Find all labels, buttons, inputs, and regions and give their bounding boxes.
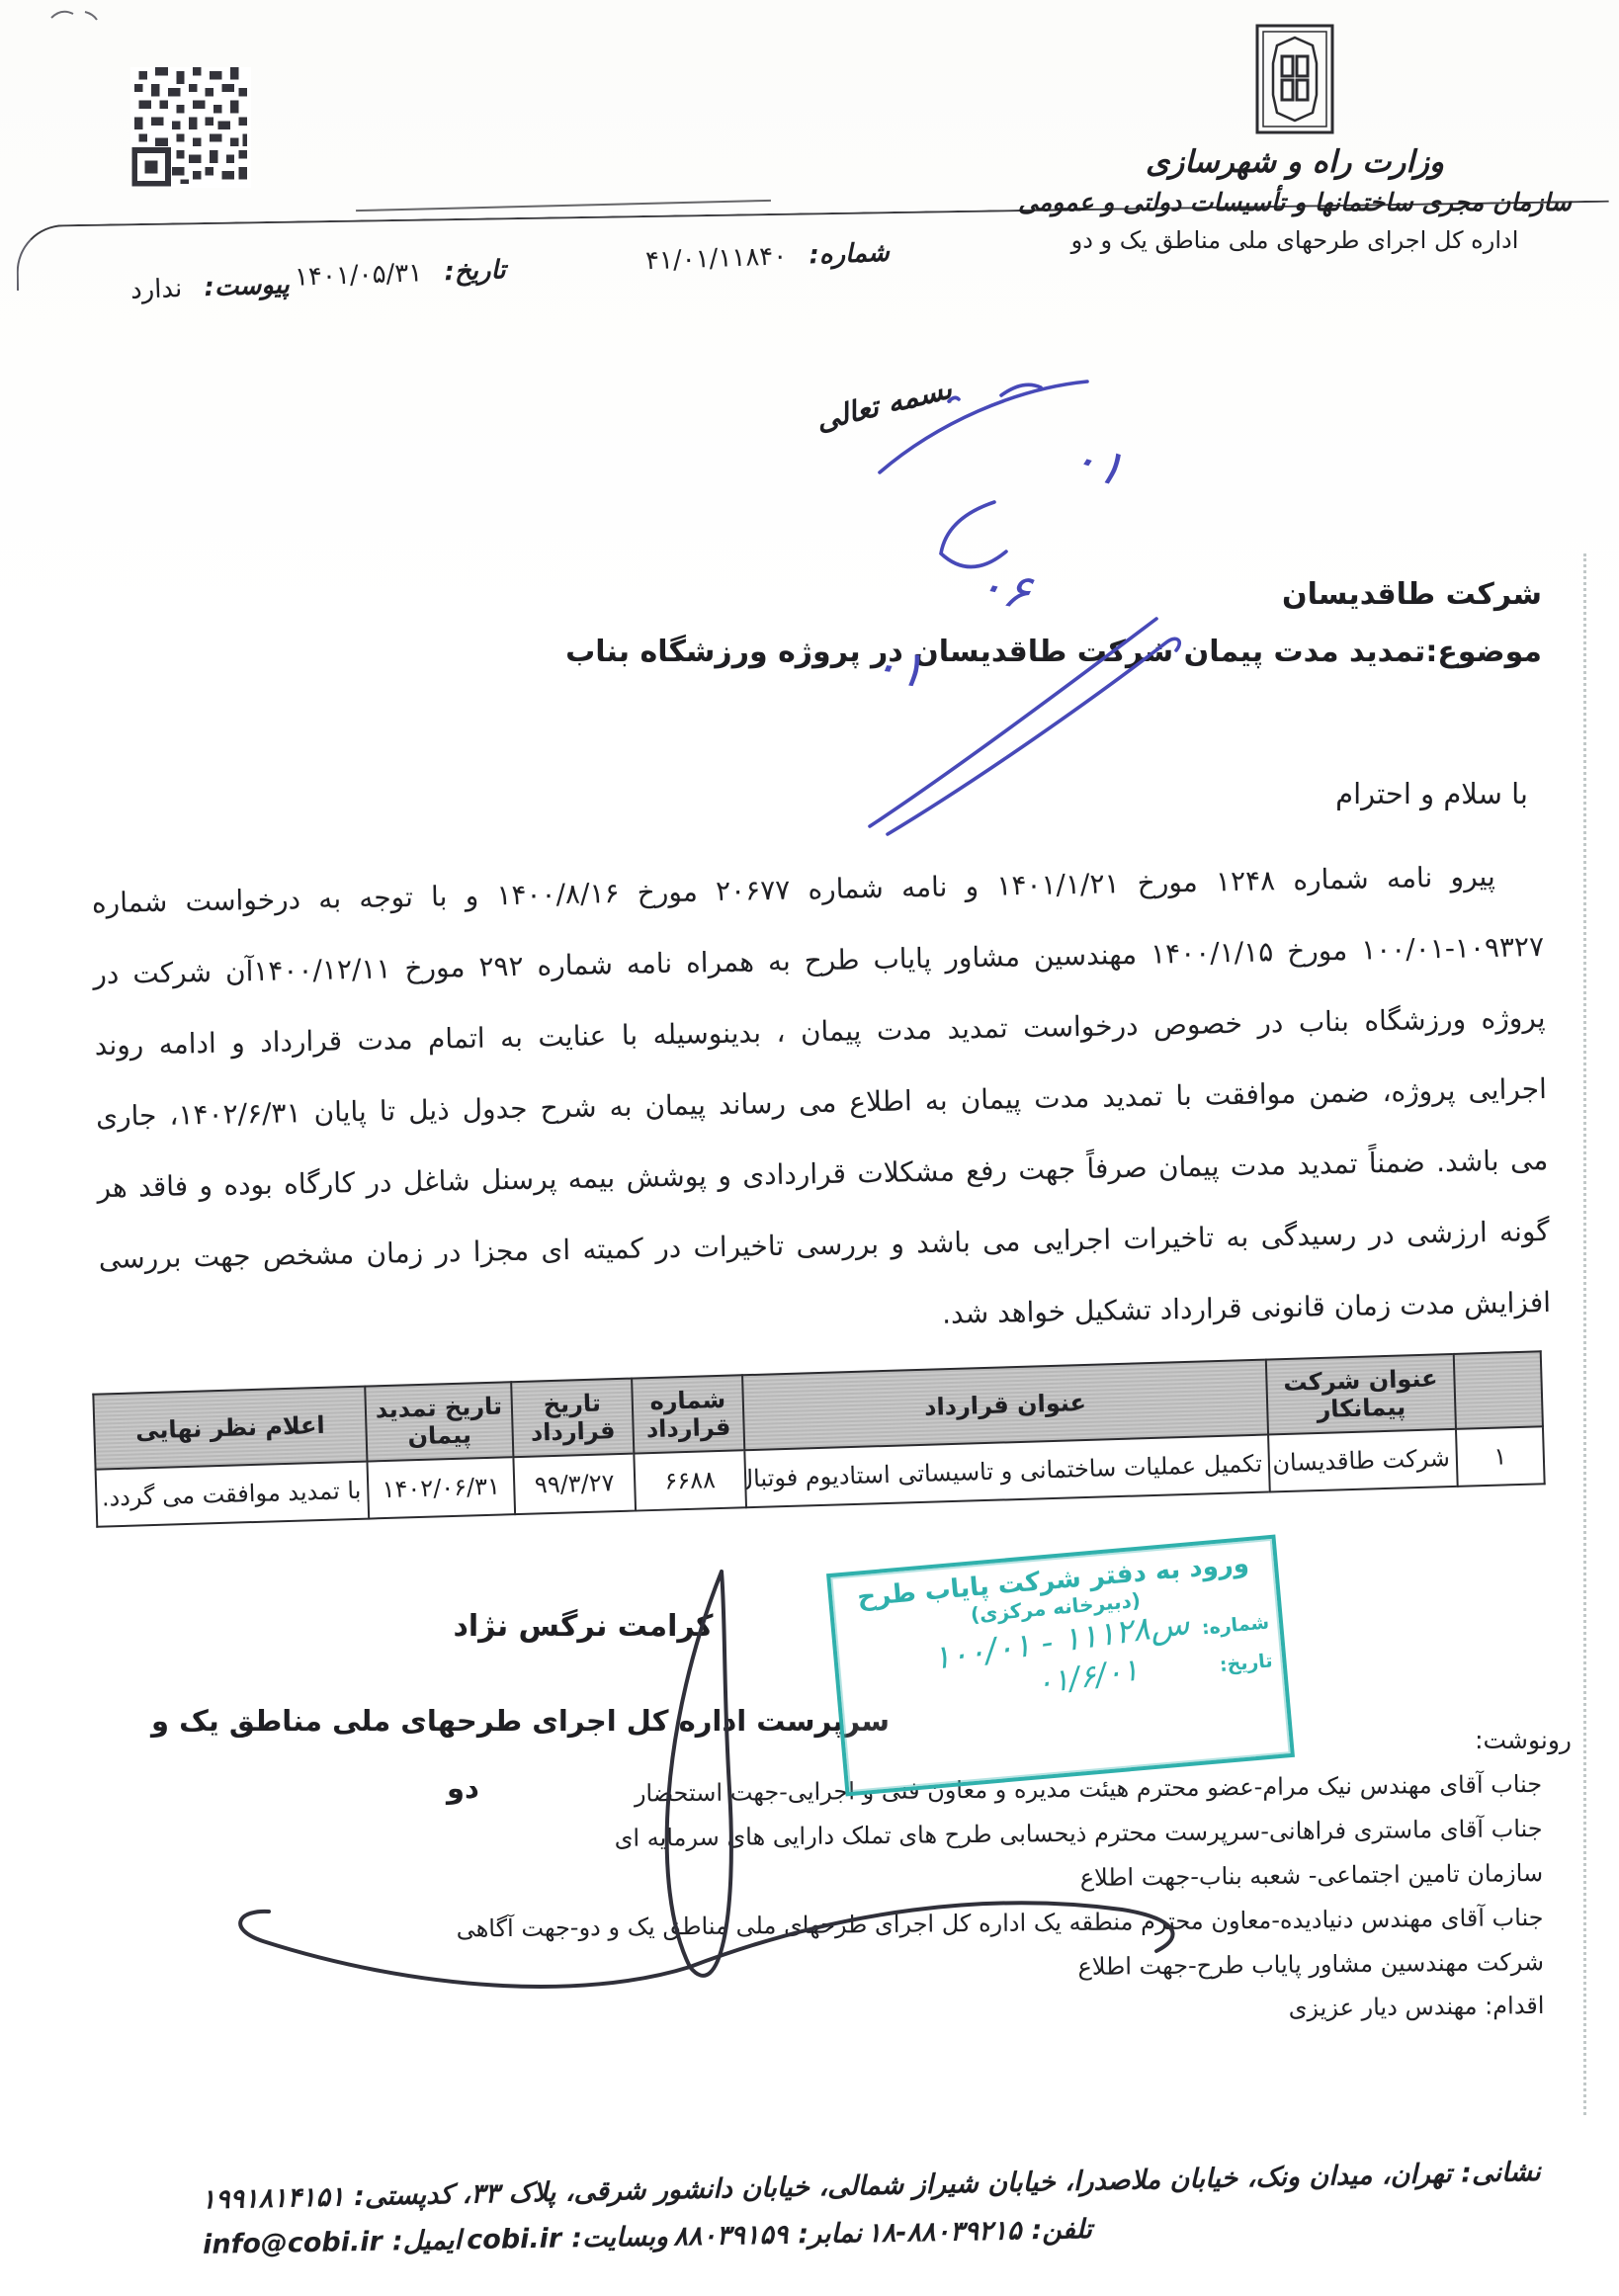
cell-final-opinion: با تمدید موافقت می گردد. xyxy=(96,1462,370,1527)
letter-attachment-value: ندارد xyxy=(130,274,183,305)
cell-contract-date: ۹۹/۳/۲۷ xyxy=(513,1454,636,1515)
website-value: cobi.ir xyxy=(467,2224,561,2256)
footer-address: نشانی: تهران، میدان ونک، خیابان ملاصدرا،… xyxy=(201,2157,1541,2215)
letterhead: وزارت راه و شهرسازی سازمان مجری ساختمانه… xyxy=(1008,24,1581,254)
scanned-letter-page: { "colors": { "ink": "#1f1f23", "handwri… xyxy=(0,0,1619,2296)
website-label: وبسایت: xyxy=(571,2222,668,2254)
cell-contractor-name: شرکت طاقدیسان xyxy=(1268,1429,1458,1492)
letter-attachment-label: پیوست: xyxy=(204,270,290,302)
organization-name: سازمان مجری ساختمانها و تأسیسات دولتی و … xyxy=(1008,188,1581,216)
email-label: ایمیل: xyxy=(392,2225,463,2256)
th-final-opinion: اعلام نظر نهایی xyxy=(93,1387,367,1470)
ministry-logo xyxy=(1255,24,1334,134)
th-contract-number: شماره قرارداد xyxy=(632,1375,744,1453)
cc-label: رونوشت: xyxy=(1475,1726,1572,1754)
letter-attachment-field: پیوست: ندارد xyxy=(130,270,291,305)
cell-contract-number: ۶۶۸۸ xyxy=(634,1450,746,1510)
qr-code xyxy=(130,65,251,190)
cell-row-number: ۱ xyxy=(1456,1426,1545,1487)
letter-number-value: ۴۱/۰۱/۱۱۸۴۰ xyxy=(645,241,788,276)
fax-label: نمابر: xyxy=(798,2218,862,2250)
note-number-2: ۰۶ xyxy=(973,554,1039,622)
th-contractor-name: عنوان شرکت پیمانکار xyxy=(1266,1354,1456,1435)
page-edge-dotted-line xyxy=(1583,553,1586,2115)
footer-fax: نمابر:۸۸۰۳۹۱۵۹ xyxy=(673,2218,862,2252)
letterhead-border-ghost xyxy=(356,200,771,212)
th-row-number xyxy=(1454,1351,1543,1429)
phone-label: تلفن: xyxy=(1031,2214,1092,2246)
fax-value: ۸۸۰۳۹۱۵۹ xyxy=(673,2220,789,2253)
contract-table: عنوان شرکت پیمانکار عنوان قرارداد شماره … xyxy=(92,1350,1545,1527)
handwritten-registration-note: ۰۱ ۰۶ ۰۱ xyxy=(818,354,1214,868)
recipient: شرکت طاقدیسان xyxy=(1282,577,1542,612)
footer-email: ایمیل:info@cobi.ir xyxy=(203,2225,462,2260)
stamp-number-label: شماره: xyxy=(1201,1611,1270,1639)
th-contract-date: تاریخ قرارداد xyxy=(511,1379,634,1458)
cell-extension-date: ۱۴۰۲/۰۶/۳۱ xyxy=(367,1457,515,1518)
letter-date-label: تاریخ: xyxy=(444,255,506,287)
ministry-name: وزارت راه و شهرسازی xyxy=(1008,144,1581,180)
letter-number-label: شماره: xyxy=(809,238,890,271)
letter-body: پیرو نامه شماره ۱۲۴۸ مورخ ۱۴۰۱/۱/۲۱ و نا… xyxy=(91,840,1551,1366)
stamp-date-label: تاریخ: xyxy=(1219,1650,1273,1676)
letter-date-field: تاریخ: ۱۴۰۱/۰۵/۳۱ xyxy=(295,255,507,292)
footer-website: وبسایت:cobi.ir xyxy=(467,2222,668,2256)
letter-date-value: ۱۴۰۱/۰۵/۳۱ xyxy=(295,258,423,292)
footer-phone: تلفن:۸۸۰۳۹۲۱۵-۱۸ xyxy=(867,2214,1092,2249)
salutation: با سلام و احترام xyxy=(1335,777,1528,810)
phone-value: ۸۸۰۳۹۲۱۵-۱۸ xyxy=(867,2215,1022,2249)
scan-artifact-mark xyxy=(45,4,105,26)
note-number-1: ۰۱ xyxy=(1064,427,1132,498)
registration-stamp: ورود به دفتر شرکت پایاب طرح (دبیرخانه مر… xyxy=(826,1535,1295,1797)
email-value: info@cobi.ir xyxy=(203,2227,383,2260)
department-name: اداره کل اجرای طرحهای ملی مناطق یک و دو xyxy=(1008,226,1581,254)
th-extension-date: تاریخ تمدید پیمان xyxy=(365,1382,513,1461)
footer-contact-line: تلفن:۸۸۰۳۹۲۱۵-۱۸ نمابر:۸۸۰۳۹۱۵۹ وبسایت:c… xyxy=(203,2214,1092,2260)
note-number-3: ۰۱ xyxy=(868,635,928,699)
